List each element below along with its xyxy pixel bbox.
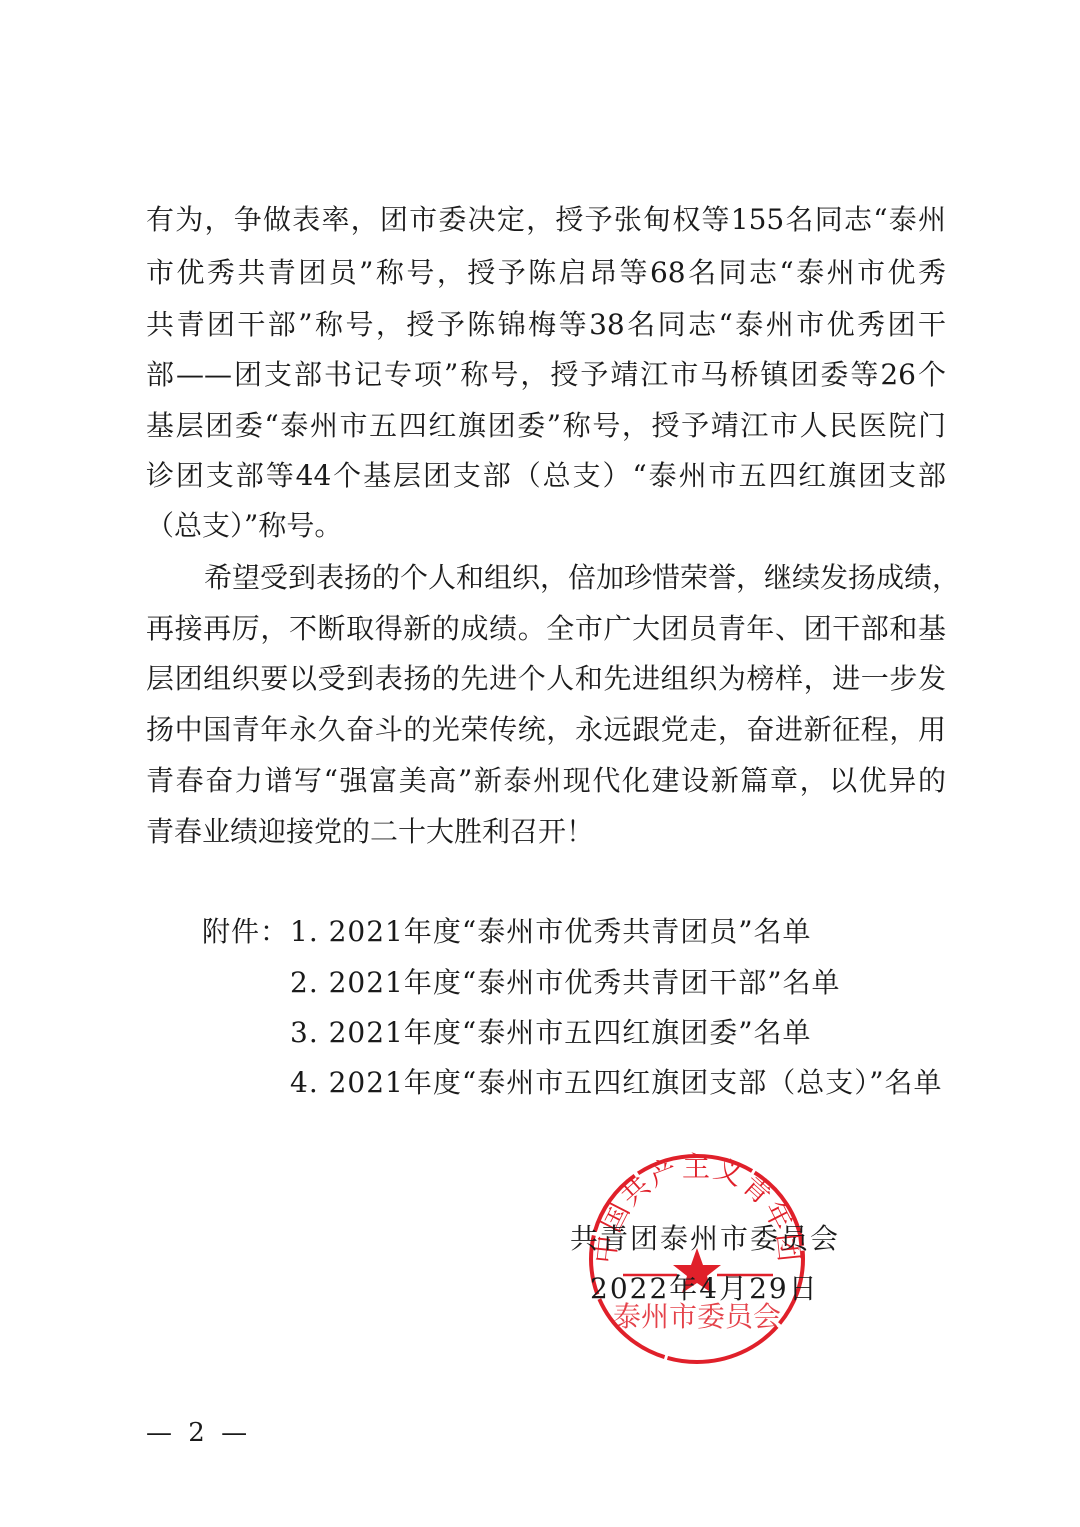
paragraph-1-line-2: 市优秀共青团员”称号，授予陈启昂等68名同志“泰州市优秀: [146, 256, 946, 290]
document-page: 有为，争做表率，团市委决定，授予张甸权等155名同志“泰州 市优秀共青团员”称号…: [0, 0, 1080, 1527]
paragraph-2-line-6: 青春业绩迎接党的二十大胜利召开！: [146, 815, 946, 849]
attachment-item-3: 3. 2021年度“泰州市五四红旗团委”名单: [290, 1016, 812, 1050]
paragraph-2-line-1: 希望受到表扬的个人和组织，倍加珍惜荣誉，继续发扬成绩，: [176, 561, 946, 595]
paragraph-2-line-2: 再接再厉，不断取得新的成绩。全市广大团员青年、团干部和基: [146, 612, 946, 646]
signature-date: 2022年4月29日: [590, 1272, 819, 1306]
signature-organization: 共青团泰州市委员会: [570, 1222, 840, 1256]
attachment-item-2: 2. 2021年度“泰州市优秀共青团干部”名单: [290, 966, 841, 1000]
page-number: — 2 —: [146, 1418, 251, 1448]
official-seal: 中国共产主义青年团 泰州市委员会: [583, 1148, 811, 1370]
attachments-label: 附件：: [202, 915, 289, 949]
seal-icon: 中国共产主义青年团 泰州市委员会: [583, 1148, 811, 1370]
attachment-item-1: 1. 2021年度“泰州市优秀共青团员”名单: [290, 915, 812, 949]
paragraph-1-line-5: 基层团委“泰州市五四红旗团委”称号，授予靖江市人民医院门: [146, 409, 946, 443]
paragraph-2-line-3: 层团组织要以受到表扬的先进个人和先进组织为榜样，进一步发: [146, 662, 946, 696]
paragraph-1-line-3: 共青团干部”称号，授予陈锦梅等38名同志“泰州市优秀团干: [146, 308, 946, 342]
paragraph-1-line-4: 部——团支部书记专项”称号，授予靖江市马桥镇团委等26个: [146, 358, 946, 392]
attachment-item-4: 4. 2021年度“泰州市五四红旗团支部（总支）”名单: [290, 1066, 943, 1100]
paragraph-1-line-1: 有为，争做表率，团市委决定，授予张甸权等155名同志“泰州: [146, 203, 946, 237]
paragraph-2-line-4: 扬中国青年永久奋斗的光荣传统，永远跟党走，奋进新征程，用: [146, 713, 946, 747]
paragraph-2-line-5: 青春奋力谱写“强富美高”新泰州现代化建设新篇章，以优异的: [146, 764, 946, 798]
paragraph-1-line-7: （总支）”称号。: [146, 509, 946, 543]
paragraph-1-line-6: 诊团支部等44个基层团支部（总支）“泰州市五四红旗团支部: [146, 459, 946, 493]
